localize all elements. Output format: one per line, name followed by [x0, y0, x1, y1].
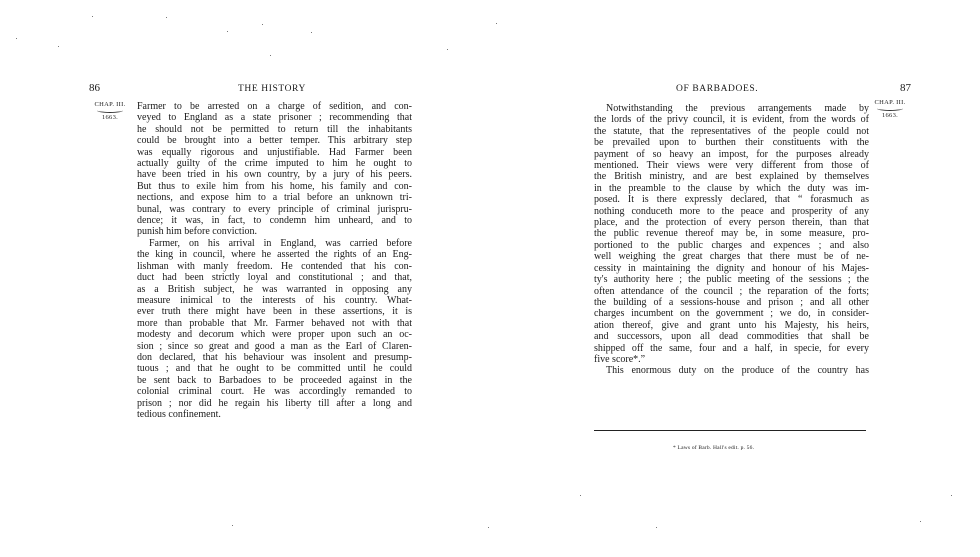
text-line: be prevailed upon to burthen their const… — [594, 137, 869, 148]
text-line: don declared, that his behaviour was ins… — [137, 352, 412, 363]
scan-speck — [270, 55, 271, 56]
scan-speck — [488, 527, 489, 528]
text-line: veyed to England as a state prisoner ; r… — [137, 112, 412, 123]
text-line: But thus to exile him from his home, his… — [137, 181, 412, 192]
margin-note: CHAP. III. 1663. — [872, 99, 908, 119]
scan-speck — [580, 495, 581, 496]
scan-speck — [92, 16, 93, 17]
year-label: 1663. — [93, 114, 127, 121]
text-line: be sent back to Barbadoes to be proceede… — [137, 375, 412, 386]
text-line: often attendance of the council ; the re… — [594, 286, 869, 297]
text-line: actually guilty of the crime imputed to … — [137, 158, 412, 169]
scan-speck — [58, 46, 59, 47]
text-line: prison ; nor did he regain his liberty t… — [137, 398, 412, 409]
text-line: punish him before conviction. — [137, 226, 412, 237]
text-line: mentioned. Their views were very differe… — [594, 160, 869, 171]
text-line: the statute, that the representatives of… — [594, 126, 869, 137]
text-line: tedious confinement. — [137, 409, 412, 420]
text-line: shipped off the same, four and a half, i… — [594, 343, 869, 354]
text-line: charges incumbent on the government ; we… — [594, 308, 869, 319]
text-line: bunal, was contrary to every principle o… — [137, 204, 412, 215]
text-line: ty's authority here ; the public meeting… — [594, 274, 869, 285]
text-line: Farmer to be arrested on a charge of sed… — [137, 101, 412, 112]
footnote: * Laws of Barb. Hall's edit. p. 56. — [673, 445, 754, 451]
scan-speck — [656, 527, 657, 528]
scan-speck — [262, 24, 263, 25]
text-line: cessity in maintaining the dignity and h… — [594, 263, 869, 274]
text-line: as a British subject, he was warranted i… — [137, 284, 412, 295]
scan-speck — [227, 31, 228, 32]
text-line: ation thereof, give and grant unto his M… — [594, 320, 869, 331]
text-line: have been tried in his own country, by a… — [137, 169, 412, 180]
year-label: 1663. — [872, 112, 908, 119]
text-line: well weighing the great charges that the… — [594, 251, 869, 262]
scan-speck — [496, 23, 497, 24]
text-line: the king in council, where he asserted t… — [137, 249, 412, 260]
text-line: measure inimical to the interests of his… — [137, 295, 412, 306]
text-line: Notwithstanding the previous arrangement… — [594, 103, 869, 114]
text-line: five score*.” — [594, 354, 869, 365]
scan-speck — [951, 495, 952, 496]
text-line: portioned to the public charges and expe… — [594, 240, 869, 251]
chapter-label: CHAP. III. — [875, 99, 906, 106]
text-line: in the preamble to the clause by which t… — [594, 183, 869, 194]
scan-speck — [166, 17, 167, 18]
brace-icon — [97, 108, 123, 113]
text-line: was equally rigorous and unjustifiable. … — [137, 147, 412, 158]
body-text: Notwithstanding the previous arrangement… — [594, 103, 869, 377]
text-line: ever truth there might have been in thes… — [137, 306, 412, 317]
scan-speck — [16, 38, 17, 39]
margin-note: CHAP. III. 1663. — [93, 101, 127, 121]
scan-speck — [447, 49, 448, 50]
text-line: payment of so heavy an impost, for the p… — [594, 149, 869, 160]
text-line: posed. It is there expressly declared, t… — [594, 194, 869, 205]
text-line: tuous ; and that he ought to be committe… — [137, 363, 412, 374]
body-text: Farmer to be arrested on a charge of sed… — [137, 101, 412, 420]
text-line: and successors, upon all dead commoditie… — [594, 331, 869, 342]
text-line: could be brought into a better temper. T… — [137, 135, 412, 146]
text-line: This enormous duty on the produce of the… — [594, 365, 869, 376]
brace-icon — [877, 106, 903, 111]
text-line: lishman with manly freedom. He contended… — [137, 261, 412, 272]
text-line: Farmer, on his arrival in England, was c… — [137, 238, 412, 249]
page-number: 86 — [89, 82, 100, 94]
text-line: he should not be permitted to return til… — [137, 124, 412, 135]
left-page: 86 THE HISTORY CHAP. III. 1663. Farmer t… — [0, 0, 490, 557]
chapter-label: CHAP. III. — [95, 101, 126, 108]
text-line: the lords of the privy council, it is ev… — [594, 114, 869, 125]
text-line: modesty and decorum which were proper up… — [137, 329, 412, 340]
scan-speck — [232, 525, 233, 526]
text-line: duct had been strictly loyal and constit… — [137, 272, 412, 283]
text-line: the British ministry, and are best expla… — [594, 171, 869, 182]
text-line: place, and the protection of every perso… — [594, 217, 869, 228]
scan-speck — [311, 32, 312, 33]
text-line: dence; it was, in fact, to condemn him u… — [137, 215, 412, 226]
right-page: OF BARBADOES. 87 CHAP. III. 1663. Notwit… — [490, 0, 980, 557]
text-line: sion ; since so great and good a man as … — [137, 341, 412, 352]
text-line: nothing conduceth more to the peace and … — [594, 206, 869, 217]
text-line: the public revenue thereof may be, in so… — [594, 228, 869, 239]
text-line: the building of a sessions-house and pri… — [594, 297, 869, 308]
running-head: OF BARBADOES. — [676, 84, 758, 94]
scan-speck — [920, 521, 921, 522]
text-line: more than probable that Mr. Farmer behav… — [137, 318, 412, 329]
footnote-rule — [594, 430, 866, 431]
text-line: nections, and expose him to a trial befo… — [137, 192, 412, 203]
page-number: 87 — [900, 82, 911, 94]
running-head: THE HISTORY — [238, 84, 306, 94]
text-line: colonial criminal court. He was accordin… — [137, 386, 412, 397]
